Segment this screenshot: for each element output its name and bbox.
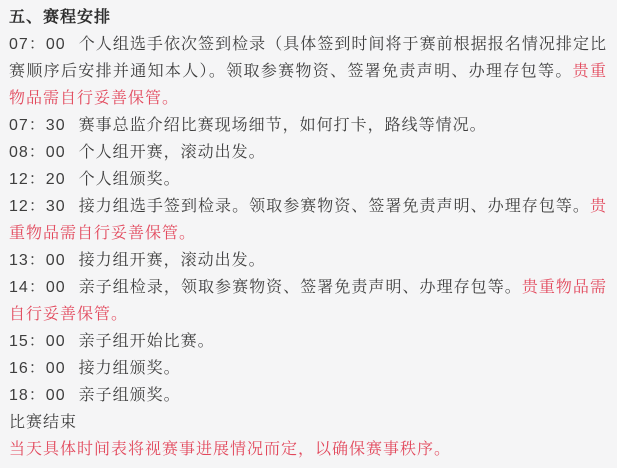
schedule-text: 个人组开赛，滚动出发。 xyxy=(79,144,266,161)
schedule-item: 13：00接力组开赛，滚动出发。 xyxy=(9,247,607,274)
schedule-time: 12：30 xyxy=(9,198,66,215)
schedule-text: 赛事总监介绍比赛现场细节，如何打卡，路线等情况。 xyxy=(79,117,487,134)
schedule-time: 14：00 xyxy=(9,279,66,296)
schedule-text: 亲子组开始比赛。 xyxy=(79,333,215,350)
schedule-text: 个人组颁奖。 xyxy=(79,171,181,188)
schedule-document: 五、赛程安排 07：00个人组选手依次签到检录（具体签到时间将于赛前根据报名情况… xyxy=(0,0,617,463)
schedule-item: 15：00亲子组开始比赛。 xyxy=(9,328,607,355)
schedule-text: 接力组开赛，滚动出发。 xyxy=(79,252,266,269)
schedule-item: 18：00亲子组颁奖。 xyxy=(9,382,607,409)
schedule-text: 接力组颁奖。 xyxy=(79,360,181,377)
schedule-text: 个人组选手依次签到检录（具体签到时间将于赛前根据报名情况排定比赛顺序后安排并通知… xyxy=(9,36,607,80)
schedule-time: 13：00 xyxy=(9,252,66,269)
schedule-item: 比赛结束 xyxy=(9,409,607,436)
schedule-text: 亲子组检录，领取参赛物资、签署免责声明、办理存包等。 xyxy=(79,279,522,296)
schedule-item: 14：00亲子组检录，领取参赛物资、签署免责声明、办理存包等。贵重物品需自行妥善… xyxy=(9,274,607,328)
schedule-item: 12：30接力组选手签到检录。领取参赛物资、签署免责声明、办理存包等。贵重物品需… xyxy=(9,193,607,247)
highlight-warning-text: 当天具体时间表将视赛事进展情况而定，以确保赛事秩序。 xyxy=(9,441,451,458)
schedule-time: 16：00 xyxy=(9,360,66,377)
schedule-list: 07：00个人组选手依次签到检录（具体签到时间将于赛前根据报名情况排定比赛顺序后… xyxy=(9,31,607,463)
schedule-item: 08：00个人组开赛，滚动出发。 xyxy=(9,139,607,166)
schedule-time: 08：00 xyxy=(9,144,66,161)
schedule-time: 18：00 xyxy=(9,387,66,404)
schedule-item: 12：20个人组颁奖。 xyxy=(9,166,607,193)
schedule-item: 16：00接力组颁奖。 xyxy=(9,355,607,382)
schedule-time: 07：30 xyxy=(9,117,66,134)
schedule-time: 07：00 xyxy=(9,36,66,53)
page-title: 五、赛程安排 xyxy=(9,4,607,31)
schedule-text: 接力组选手签到检录。领取参赛物资、签署免责声明、办理存包等。 xyxy=(79,198,590,215)
schedule-time: 15：00 xyxy=(9,333,66,350)
schedule-item: 07：00个人组选手依次签到检录（具体签到时间将于赛前根据报名情况排定比赛顺序后… xyxy=(9,31,607,112)
schedule-time: 12：20 xyxy=(9,171,66,188)
schedule-text: 亲子组颁奖。 xyxy=(79,387,181,404)
schedule-item: 当天具体时间表将视赛事进展情况而定，以确保赛事秩序。 xyxy=(9,436,607,463)
schedule-item: 07：30赛事总监介绍比赛现场细节，如何打卡，路线等情况。 xyxy=(9,112,607,139)
schedule-text: 比赛结束 xyxy=(9,414,77,431)
